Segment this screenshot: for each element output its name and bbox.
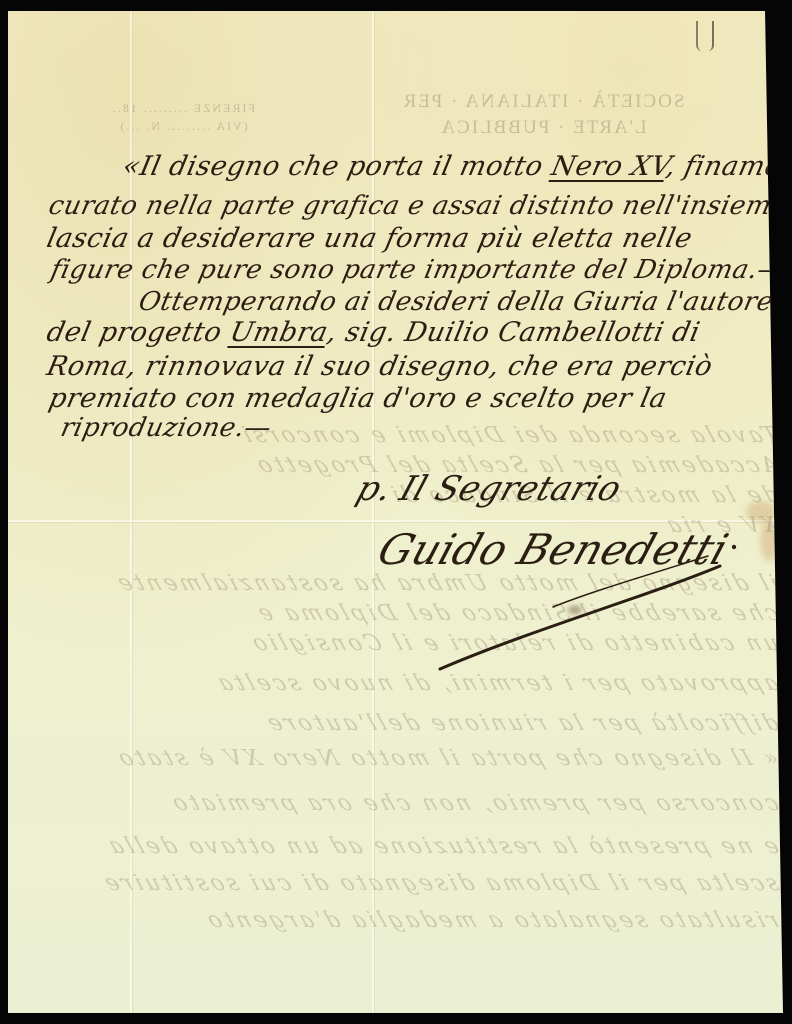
- signature-flourish: [8, 11, 783, 1013]
- letter-sheet: FIRENZE ......... 18.. (VIA ......... N.…: [8, 11, 783, 1013]
